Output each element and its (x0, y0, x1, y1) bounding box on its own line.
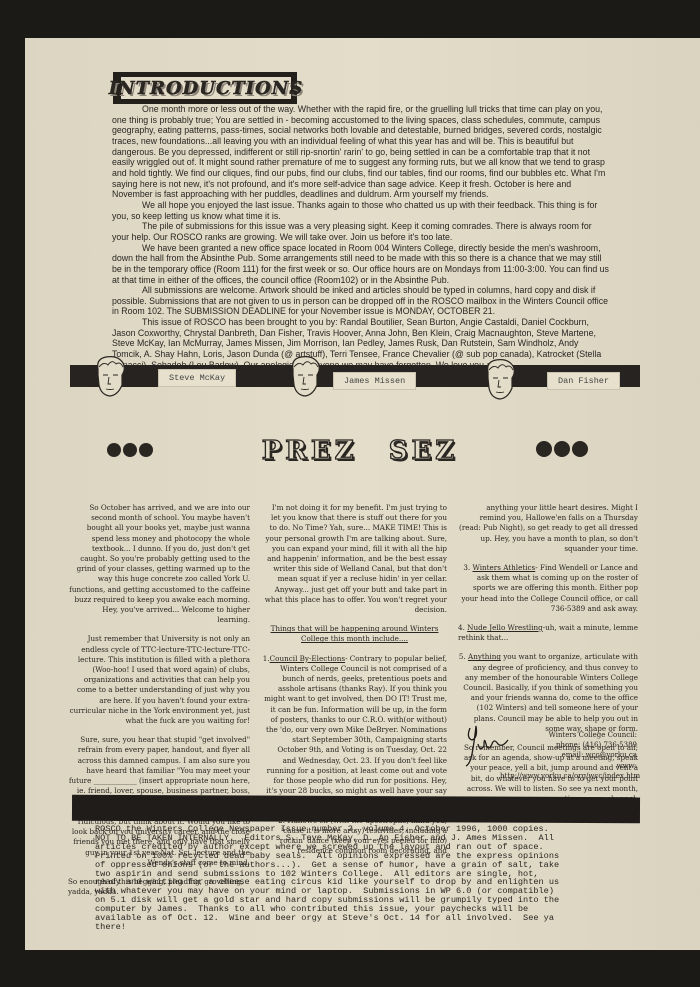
prez-paragraph: I'm not doing it for my benefit. I'm jus… (262, 503, 447, 615)
council-contact-block: Winters College Council: phone: (416) 73… (500, 730, 637, 781)
face-drawing-icon (92, 355, 128, 397)
prez-paragraph: Just remember that University is not onl… (68, 634, 250, 726)
event-item-2-continued: anything your little heart desires. Migh… (458, 503, 638, 554)
intro-paragraph: All submissions are welcome. Artwork sho… (112, 285, 610, 317)
dot-icon (107, 443, 121, 457)
introductions-heading-banner: INTRODUCTIONS (113, 72, 297, 104)
event-item-4: 4. Nude Jello Wrestling-uh, wait a minut… (458, 623, 638, 643)
dot-icon (123, 443, 137, 457)
event-title: Council By-Elections (270, 654, 345, 663)
face-drawing-icon (482, 358, 518, 400)
editor-name-label: Steve McKay (158, 369, 236, 387)
intro-paragraph: The pile of submissions for this issue w… (112, 221, 610, 242)
dot-icon (139, 443, 153, 457)
decorative-dots-left (107, 443, 153, 457)
introductions-heading: INTRODUCTIONS (109, 78, 304, 99)
event-title: Nude Jello Wrestling (467, 623, 543, 632)
events-heading: Things that will be happening around Win… (262, 624, 447, 644)
footer-bar (72, 795, 640, 823)
contact-email[interactable]: email: wcc@yorku.ca (500, 750, 637, 760)
dot-icon (536, 441, 552, 457)
event-title: Anything (468, 652, 501, 661)
contact-org: Winters College Council: (500, 730, 637, 740)
event-title: Winters Athletics (472, 563, 535, 572)
dot-icon (572, 441, 588, 457)
intro-paragraph: We all hope you enjoyed the last issue. … (112, 200, 610, 221)
intro-paragraph: We have been granted a new office space … (112, 243, 610, 286)
decorative-dots-right (536, 441, 588, 457)
intro-paragraph: This issue of ROSCO has been brought to … (112, 317, 610, 370)
event-item-3: 3. Winters Athletics- Find Wendell or La… (458, 563, 638, 614)
prez-sez-heading: PREZ SEZ (240, 436, 480, 466)
event-item-1: 1.Council By-Elections- Contrary to popu… (262, 654, 447, 807)
editor-name-label: James Missen (333, 372, 416, 390)
intro-paragraph: One month more or less out of the way. W… (112, 104, 610, 200)
colophon-text: ROSCO the Winters College Newspaper Issu… (95, 825, 635, 932)
contact-phone: phone: (416) 736-5389 (500, 740, 637, 750)
introductions-article: One month more or less out of the way. W… (112, 104, 610, 370)
editor-name-label: Dan Fisher (547, 372, 620, 390)
face-drawing-icon (287, 355, 323, 397)
dot-icon (554, 441, 570, 457)
contact-website[interactable]: www: http://www.yorku.ca/org/wcc/index.h… (500, 761, 637, 781)
prez-paragraph: So October has arrived, and we are into … (68, 503, 250, 625)
